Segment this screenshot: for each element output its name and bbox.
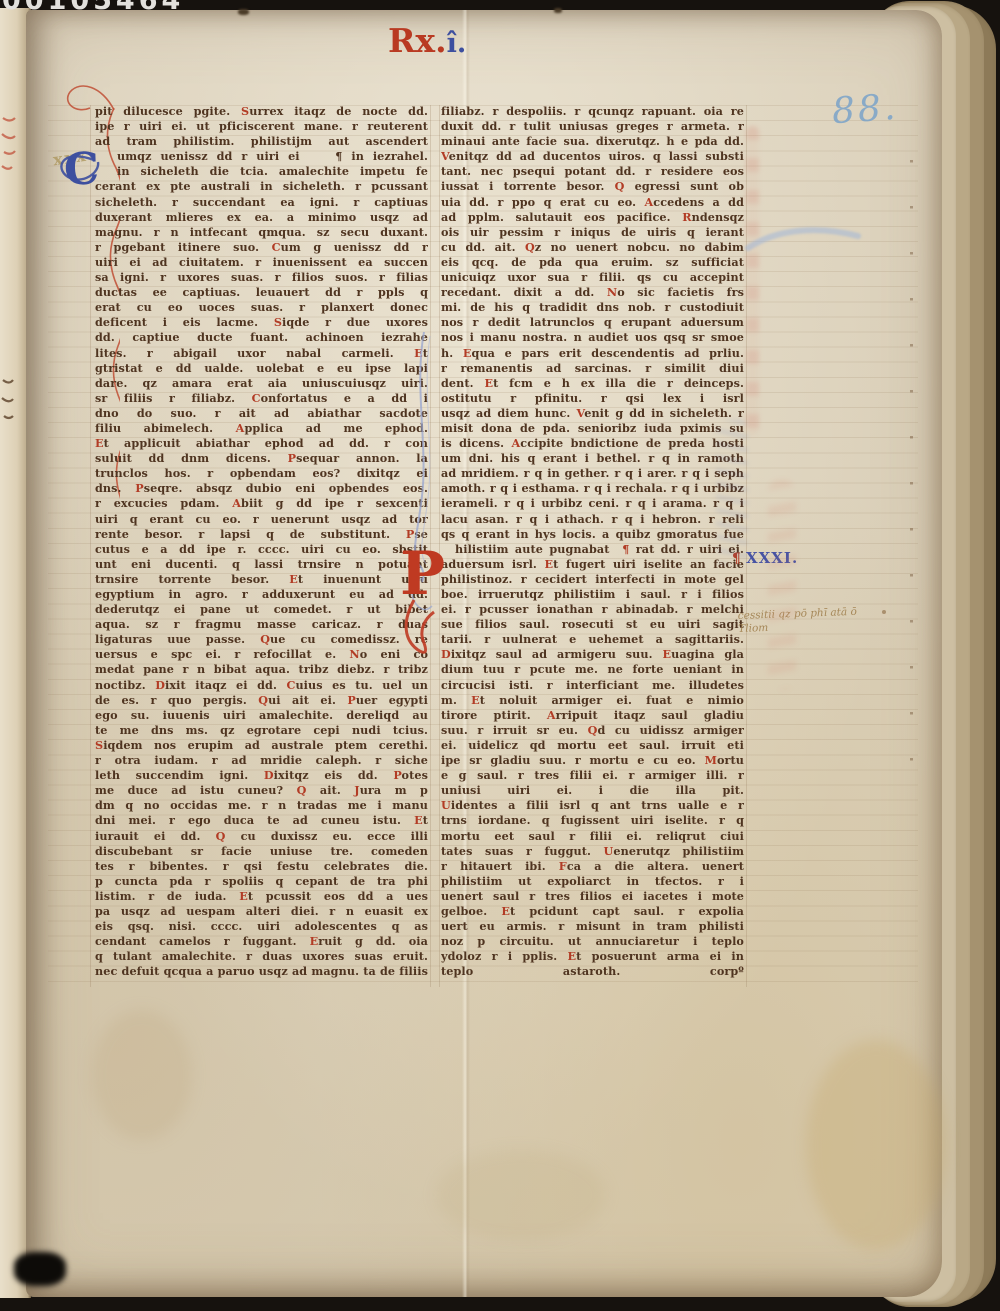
text-line: noctibz. Dixit itaqz ei dd. Cuius es tu.… (95, 678, 428, 693)
text-line: uia dd. r ppo q erat cu eo. Accedens a d… (441, 195, 744, 210)
text-line: h. Equa e pars erit descendentis ad prli… (441, 346, 744, 361)
running-title: Rx.î. (388, 24, 466, 57)
text-line: cutus e a dd ipe r. cccc. uiri cu eo. sb… (95, 542, 428, 557)
text-line: ad tram philistim. philistijm aut ascend… (95, 134, 428, 149)
text-line: eis qcq. de pda qua eruim. sz sufficiat (441, 255, 744, 270)
text-line: mi. de his q tradidit dns nob. r custodi… (441, 300, 744, 315)
edge-nick (554, 8, 562, 13)
text-line: r hitauert ibi. Fca a die altera. uenert (441, 859, 744, 874)
text-line: tant. nec psequi potant dd. r residere e… (441, 164, 744, 179)
parchment-stain (92, 1010, 192, 1140)
text-line: philistiim ut expoliarct in tfectos. r i (441, 874, 744, 889)
text-line: filiu abimelech. Applica ad me ephod. (95, 421, 428, 436)
text-line: nos i manu nostra. n audiet uos qsq sr s… (441, 330, 744, 345)
text-line: um dni. his q erant i bethel. r q in ram… (441, 451, 744, 466)
text-line: deficent i eis lacme. Siqde r due uxores (95, 315, 428, 330)
text-line: filiabz. r despoliis. r qcunqz rapuant. … (441, 104, 744, 119)
text-line: sicheleth. r succendant ea igni. r capti… (95, 195, 428, 210)
text-line: Et applicuit abiathar ephod ad dd. r con (95, 436, 428, 451)
text-line: eis qsq. nisi. cccc. uiri adolescentes q… (95, 919, 428, 934)
text-line: uniusi uiri ei. i die illa pit. (441, 783, 744, 798)
text-line: ierameli. r q i urbibz ceni. r q i arama… (441, 496, 744, 511)
text-line: dno do suo. r ait ad abiathar sacdote (95, 406, 428, 421)
text-line: trunclos hos. r opbendam eos? dixitqz ei (95, 466, 428, 481)
text-line: uert eu armis. r misunt in tram philisti (441, 919, 744, 934)
text-line: rente besor. r lapsi q de substitunt. Ps… (95, 527, 428, 542)
text-line: circucisi isti. r interficiant me. illud… (441, 678, 744, 693)
pricking-holes (910, 160, 913, 800)
text-line: medat pane r n bibat aqua. tribz diebz. … (95, 662, 428, 677)
text-line: teplo astaroth. corpº (441, 964, 744, 979)
text-line: gelboe. Et pcidunt capt saul. r expolia (441, 904, 744, 919)
text-column-right: filiabz. r despoliis. r qcunqz rapuant. … (441, 104, 744, 979)
text-line: sue filios saul. rosecuti st eu uiri sag… (441, 617, 744, 632)
text-line: trnsire torrente besor. Et inuenunt uiru (95, 572, 428, 587)
text-line: ydoloz r i pplis. Et posuerunt arma ei i… (441, 949, 744, 964)
text-line: magnu. r n intfecant qmqua. sz secu duxa… (95, 225, 428, 240)
parchment-stain (806, 1040, 946, 1250)
text-line: Uidentes a filii isrl q ant trns ualle e… (441, 798, 744, 813)
text-line: philistinoz. r cecidert interfecti in mo… (441, 572, 744, 587)
text-line: unt eni ducenti. q lassi trnsire n potua… (95, 557, 428, 572)
text-line: pa usqz ad uespam alteri diei. r n euasi… (95, 904, 428, 919)
running-title-red: Rx. (388, 21, 447, 60)
text-line: ei. r pcusser ionathan r abinadab. r mel… (441, 602, 744, 617)
text-line: ego su. iuuenis uiri amalechite. dereliq… (95, 708, 428, 723)
text-line: unicuiqz uxor sua r filii. qs cu accepin… (441, 270, 744, 285)
running-title-blue: î. (447, 28, 467, 59)
text-line: egyptium in agro. r adduxerunt eu ad dd. (95, 587, 428, 602)
text-line: mortu eet saul r filii ei. reliqrut ciui (441, 829, 744, 844)
text-line: ostitutu r pfinitu. r qsi lex i isrl (441, 391, 744, 406)
text-line: pit dilucesce pgite. Surrex itaqz de noc… (95, 104, 428, 119)
text-line: r remanentis ad sarcinas. r similit diui (441, 361, 744, 376)
text-line: p cuncta pda r spoliis q cepant de tra p… (95, 874, 428, 889)
text-line: duxit dd. r tulit uniusas greges r armet… (441, 119, 744, 134)
parchment-stain (436, 1150, 606, 1240)
text-line: ipe sr gladiu suu. r mortu e cu eo. Mort… (441, 753, 744, 768)
text-line: recedant. dixit a dd. No sic facietis fr… (441, 285, 744, 300)
text-line: erat cu eo uoces suas. r planxert donec (95, 300, 428, 315)
text-line: Venitqz dd ad ducentos uiros. q lassi su… (441, 149, 744, 164)
text-line: r otra iudam. r ad mridie caleph. r sich… (95, 753, 428, 768)
text-line: minaui ante facie sua. dixerutqz. h e pd… (441, 134, 744, 149)
text-line: dium tuu r pcute me. ne forte ueniant in (441, 662, 744, 677)
text-line: dm q no occidas me. r n tradas me i manu (95, 798, 428, 813)
text-line: suu. r irruit sr eu. Qd cu uidissz armig… (441, 723, 744, 738)
text-line: ad mridiem. r q in gether. r q i arer. r… (441, 466, 744, 481)
gutter-shadow (14, 1252, 66, 1286)
text-line: discubebant sr facie uniuse tre. comeden (95, 844, 428, 859)
text-line: dederutqz ei pane ut comedet. r ut bibet (95, 602, 428, 617)
text-line: aduersum isrl. Et fugert uiri iselite an… (441, 557, 744, 572)
text-line: e g saul. r tres filii ei. r armiger ill… (441, 768, 744, 783)
text-line: dent. Et fcm e h ex illa die r deinceps. (441, 376, 744, 391)
text-line: Siqdem nos erupim ad australe ptem ceret… (95, 738, 428, 753)
text-line: gtristat e dd ualde. uolebat e eu ipse l… (95, 361, 428, 376)
text-line: misit dona de pda. senioribz iuda pximis… (441, 421, 744, 436)
text-line: ligaturas uue passe. Que cu comedissz. r… (95, 632, 428, 647)
text-line: dare. qz amara erat aia uniuscuiusqz uir… (95, 376, 428, 391)
text-line: dni mei. r ego duca te ad cuneu istu. Et (95, 813, 428, 828)
text-line: usqz ad diem hunc. Venit g dd in sichele… (441, 406, 744, 421)
text-line: cendant camelos r fuggant. Eruit g dd. o… (95, 934, 428, 949)
text-line: iurauit ei dd. Q cu duxissz eu. ecce ill… (95, 829, 428, 844)
folio-number: 88. (831, 90, 900, 131)
edge-nick (238, 9, 249, 15)
text-line: uersus e spc ei. r refocillat e. No eni … (95, 647, 428, 662)
text-line: de es. r quo pergis. Qui ait ei. Puer eg… (95, 693, 428, 708)
text-line: ipe r uiri ei. ut pficiscerent mane. r r… (95, 119, 428, 134)
text-line: ad pplm. salutauit eos pacifice. Rndensq… (441, 210, 744, 225)
text-line: me duce ad istu cuneu? Q ait. Jura m p (95, 783, 428, 798)
text-line: nec defuit qcqua a paruo usqz ad magnu. … (95, 964, 428, 979)
scanner-id-label: 00105464 (2, 0, 184, 14)
text-line: uiri ei ad ciuitatem. r inuenissent ea s… (95, 255, 428, 270)
text-line: q tulant amalechite. r duas uxores suas … (95, 949, 428, 964)
text-line: in sicheleth die tcia. amalechite impetu… (95, 164, 428, 179)
text-line: dd. captiue ducte fuant. achinoen iezrah… (95, 330, 428, 345)
text-line: boe. irruerutqz philistiim i saul. r i f… (441, 587, 744, 602)
text-line: nos r dedit latrunclos q erupant aduersu… (441, 315, 744, 330)
showthrough-blue-letters (716, 420, 748, 565)
text-line: r pgebant itinere suo. Cum g uenissz dd … (95, 240, 428, 255)
text-column-left: pit dilucesce pgite. Surrex itaqz de noc… (95, 104, 428, 979)
text-line: ei. uidelicz qd mortu eet saul. irruit e… (441, 738, 744, 753)
initial-p-philistiim: P (400, 544, 445, 604)
showthrough-red-letters (768, 480, 796, 690)
text-line: dns. Pseqre. absqz dubio eni opbendes eo… (95, 481, 428, 496)
text-line: umqz uenissz dd r uiri ei ¶ in iezrahel. (95, 149, 428, 164)
text-line: tirore ptirit. Arripuit itaqz saul gladi… (441, 708, 744, 723)
text-line: trns iordane. q fugissent uiri iselite. … (441, 813, 744, 828)
text-line: cu dd. ait. Qz no uenert nobcu. no dabim (441, 240, 744, 255)
text-line: Dixitqz saul ad armigeru suu. Euagina gl… (441, 647, 744, 662)
text-line: cerant ex pte australi in sicheleth. r p… (95, 179, 428, 194)
text-line: tates suas r fuggut. Uenerutqz philistii… (441, 844, 744, 859)
text-line: qs q erant in hys locis. a quibz gmoratu… (441, 527, 744, 542)
text-line: sr filiis r filiabz. Confortatus e a dd … (95, 391, 428, 406)
text-line: lacu asan. r q i athach. r q i hebron. r… (441, 512, 744, 527)
text-line: m. Et noluit armiger ei. fuat e nimio (441, 693, 744, 708)
text-line: listim. r de iuda. Et pcussit eos dd a u… (95, 889, 428, 904)
text-line: leth succendim igni. Dixitqz eis dd. Pot… (95, 768, 428, 783)
text-line: amoth. r q i esthama. r q i rechala. r q… (441, 481, 744, 496)
previous-leaf-text-fragments (0, 108, 22, 438)
text-line: uiri q erant cu eo. r uenerunt usqz ad t… (95, 512, 428, 527)
manuscript-page: Rx.î. 88. xxx C pit dilucesce pgite. Sur… (26, 10, 942, 1297)
text-line: aqua. sz r fragmu masse caricaz. r duas (95, 617, 428, 632)
text-line: uenert saul r tres filios ei iacetes i m… (441, 889, 744, 904)
manuscript-photo: Rx.î. 88. xxx C pit dilucesce pgite. Sur… (0, 0, 1000, 1311)
text-line: hilistiim aute pugnabat ¶ rat dd. r uiri… (441, 542, 744, 557)
text-line: suluit dd dnm dicens. Psequar annon. la (95, 451, 428, 466)
ink-speck (882, 610, 886, 614)
text-line: te me dns ms. qz egrotare cepi nudi tciu… (95, 723, 428, 738)
showthrough-blue-swash (742, 216, 866, 260)
text-line: iussat i torrente besor. Q egressi sunt … (441, 179, 744, 194)
text-line: ductas ee captiuas. leuauert dd r ppls q (95, 285, 428, 300)
text-line: tarii. r uulnerat e uehemet a sagittarii… (441, 632, 744, 647)
text-line: sa igni. r uxores suas. r filios suos. r… (95, 270, 428, 285)
text-line: lites. r abigail uxor nabal carmeli. Et (95, 346, 428, 361)
text-line: is dicens. Accipite bndictione de preda … (441, 436, 744, 451)
showthrough-red-flourish (746, 126, 759, 436)
text-line: tes r bibentes. r qsi festu celebrates d… (95, 859, 428, 874)
text-line: ois uir pessim r iniqus de uiris q ieran… (441, 225, 744, 240)
text-line: duxerant mlieres ex ea. a minimo usqz ad (95, 210, 428, 225)
text-line: r excucies pdam. Abiit g dd ipe r sexcen… (95, 496, 428, 511)
text-line: noz p circuitu. ut annuciaretur i teplo (441, 934, 744, 949)
